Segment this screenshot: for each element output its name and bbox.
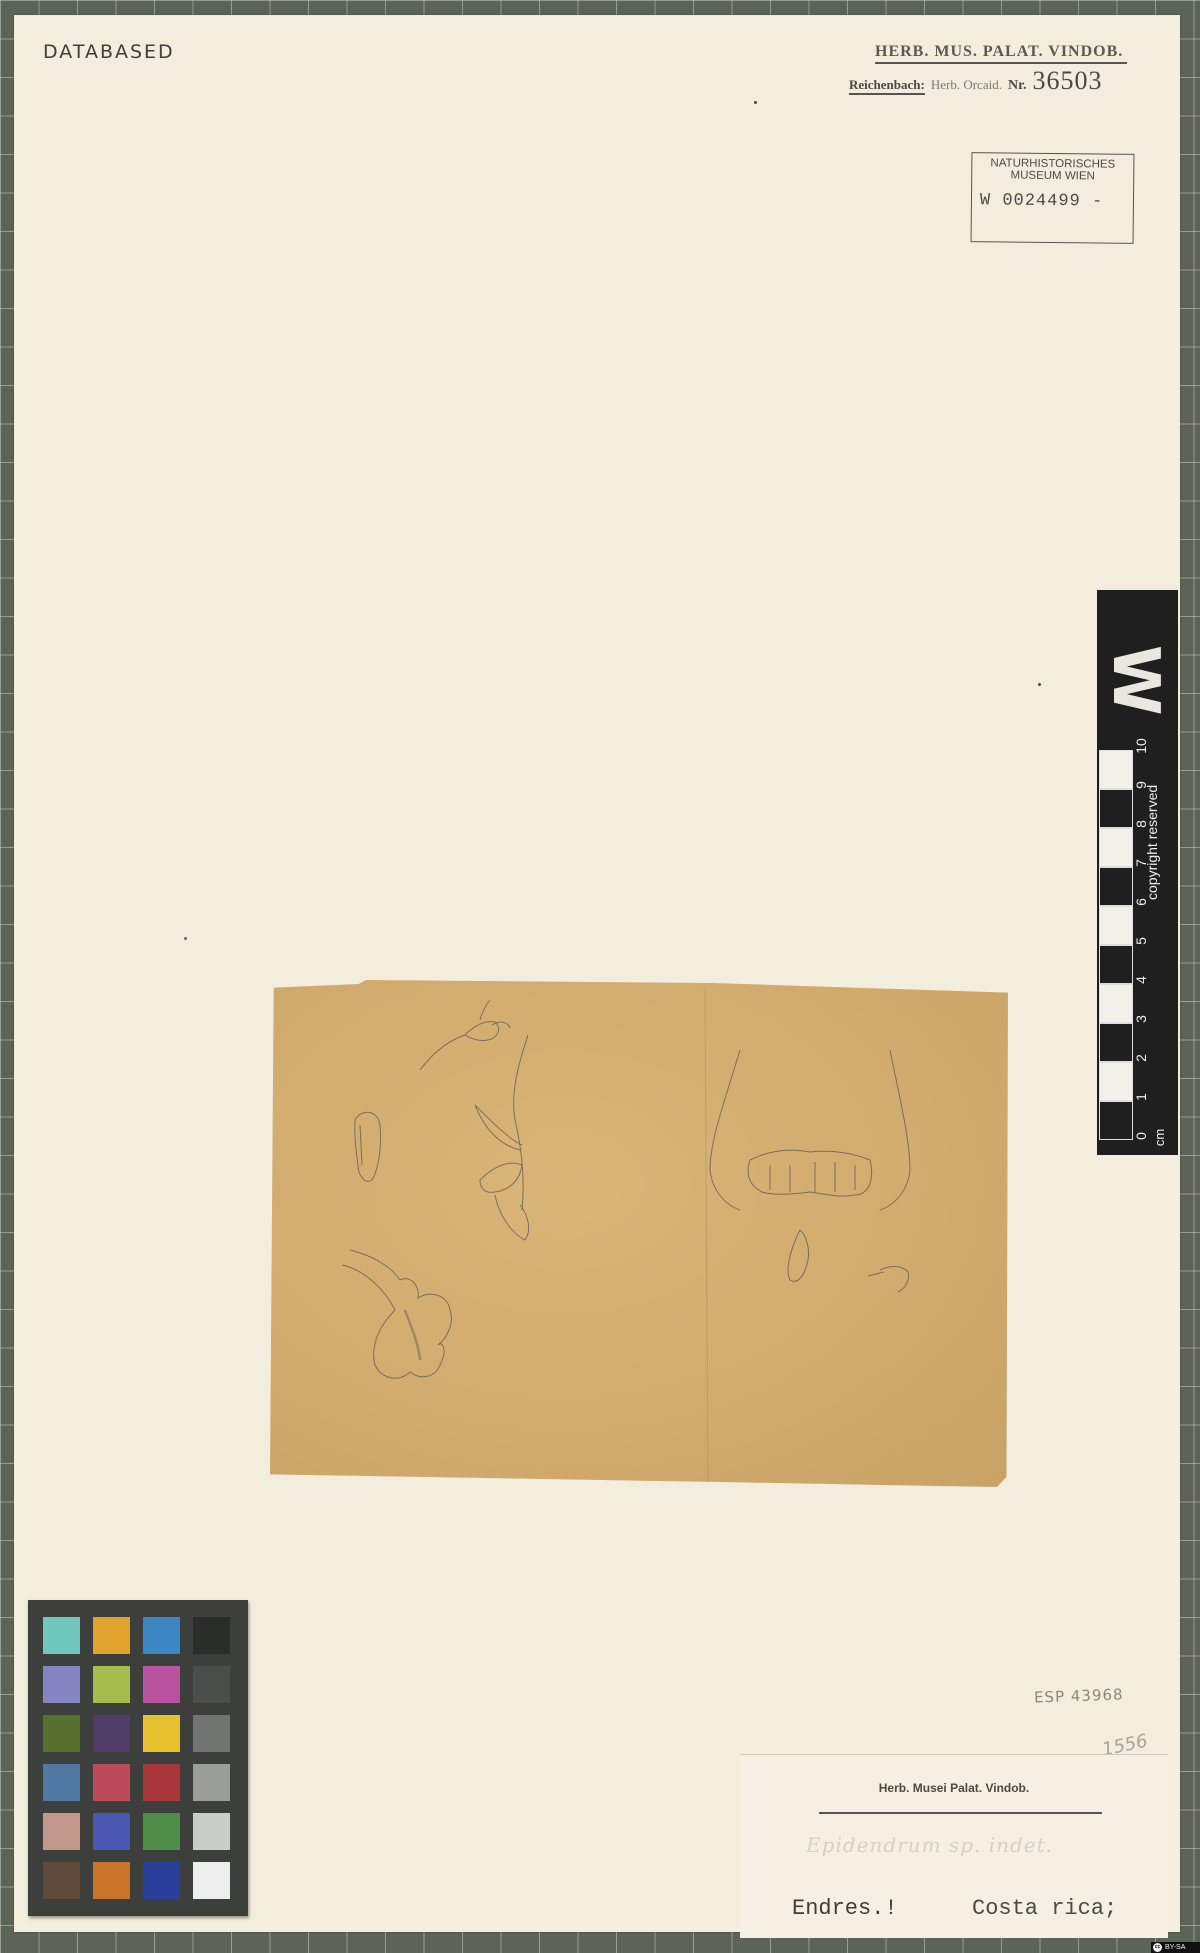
color-chip <box>93 1666 130 1703</box>
museum-specimen-id: W 0024499 - <box>980 191 1133 212</box>
color-chip-grid <box>43 1617 230 1899</box>
ruler-tick-1: 1 <box>1133 1089 1149 1105</box>
ruler-tick-3: 3 <box>1133 1011 1149 1027</box>
herbarium-stamp: HERB. MUS. PALAT. VINDOB. Reichenbach: H… <box>849 43 1179 96</box>
color-chip <box>43 1813 80 1850</box>
ruler-unit: cm <box>1152 1129 1167 1146</box>
color-chip <box>93 1617 130 1654</box>
color-chip <box>193 1764 230 1801</box>
herbarium-stamp-number-line: Reichenbach: Herb. Orcaid. Nr. 36503 <box>849 66 1179 96</box>
herbarium-number: 36503 <box>1033 66 1103 96</box>
label-header: Herb. Musei Palat. Vindob. <box>740 1781 1168 1795</box>
specimen-label: Herb. Musei Palat. Vindob. Epidendrum sp… <box>740 1754 1168 1938</box>
color-chip <box>43 1666 80 1703</box>
esp-annotation: ESP 43968 <box>1034 1685 1124 1706</box>
databased-stamp: DATABASED <box>43 41 175 63</box>
ruler-scale-bar <box>1099 750 1133 1140</box>
museum-stamp-line2: MUSEUM WIEN <box>972 169 1133 183</box>
ruler-tick-5: 5 <box>1133 933 1149 949</box>
color-chip <box>93 1813 130 1850</box>
speck <box>184 937 187 940</box>
sketch-paper-orchid-drawing <box>270 980 1008 1487</box>
scale-ruler: W 0 1 2 3 4 5 6 7 8 9 10 copyright reser… <box>1097 590 1178 1155</box>
color-chip <box>43 1764 80 1801</box>
color-chip <box>43 1862 80 1899</box>
ruler-tick-4: 4 <box>1133 972 1149 988</box>
label-locality: Costa rica; <box>972 1896 1117 1921</box>
color-chip <box>43 1715 80 1752</box>
label-collector: Endres.! <box>792 1896 898 1921</box>
herbarium-sub: Herb. Orcaid. <box>931 77 1002 93</box>
color-chip <box>143 1862 180 1899</box>
color-chip <box>143 1813 180 1850</box>
ruler-tick-10: 10 <box>1133 738 1149 754</box>
color-calibration-chart <box>28 1600 248 1916</box>
copyright-notice: copyright reserved <box>1144 785 1160 900</box>
color-chip <box>193 1813 230 1850</box>
color-chip <box>193 1666 230 1703</box>
pencil-sketch-icon <box>270 980 1008 1487</box>
color-chip <box>93 1764 130 1801</box>
color-chip <box>93 1862 130 1899</box>
label-divider <box>819 1812 1102 1814</box>
color-chip <box>43 1617 80 1654</box>
color-chip <box>143 1666 180 1703</box>
color-chip <box>143 1715 180 1752</box>
color-chip <box>193 1715 230 1752</box>
speck <box>754 101 757 104</box>
museum-stamp-line1: NATURHISTORISCHES <box>972 157 1133 171</box>
speck <box>1038 683 1041 686</box>
herbarium-stamp-title: HERB. MUS. PALAT. VINDOB. <box>875 43 1127 64</box>
license-badge: cc BY-SA <box>1151 1942 1200 1953</box>
museum-barcode-stamp: NATURHISTORISCHES MUSEUM WIEN W 0024499 … <box>971 152 1135 244</box>
license-text: BY-SA <box>1165 1942 1185 1953</box>
herbarium-nr-label: Nr. <box>1008 78 1027 94</box>
creative-commons-icon: cc <box>1153 1943 1162 1952</box>
color-chip <box>193 1862 230 1899</box>
ruler-tick-2: 2 <box>1133 1050 1149 1066</box>
herbarium-name: Reichenbach: <box>849 77 925 95</box>
color-chip <box>143 1764 180 1801</box>
label-handwritten-taxon: Epidendrum sp. indet. <box>806 1833 1053 1857</box>
color-chip <box>93 1715 130 1752</box>
color-chip <box>143 1617 180 1654</box>
color-chip <box>193 1617 230 1654</box>
ruler-tick-0: 0 <box>1133 1128 1149 1144</box>
institution-logo: W <box>1100 645 1170 705</box>
